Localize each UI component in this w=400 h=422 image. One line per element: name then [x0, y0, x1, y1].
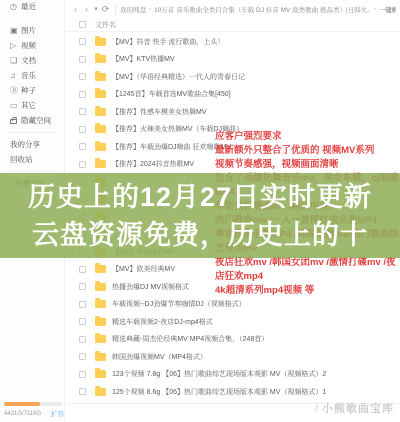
file-name: 【MV】欧美经典MV [112, 264, 175, 274]
file-row[interactable]: 韩国劲爆视频MV（MP4格式） [66, 348, 400, 366]
sidebar-divider [8, 132, 56, 133]
folder-icon [95, 38, 106, 46]
file-name: 【1245首】车载首选MV歌曲合集[450] [112, 89, 231, 99]
breadcrumb: 我的网盘 › 10万首 音乐歌曲全类目合集（车载 DJ 抖音 MV 烧类歌曲 极… [120, 5, 396, 14]
file-name: 【推荐】车载劲爆DJ嗨曲 狂欢嗨歌MV [112, 142, 231, 152]
clock-icon: ◷ [10, 3, 21, 11]
folder-icon [95, 73, 106, 81]
breadcrumb-current[interactable]: 一键解MV视频合集 [379, 5, 396, 14]
music-icon: ♫ [10, 72, 21, 80]
promo-line: 应客户强烈要求 [215, 130, 400, 144]
promo-line: 夜店狂欢mv /韩国女团mv /激情打碟mv /夜店狂欢mp4 [215, 256, 400, 284]
forward-button[interactable]: › [81, 5, 92, 14]
sidebar-item-music[interactable]: ♫ 音乐 [0, 68, 64, 83]
sidebar-item-label: 音乐 [21, 70, 36, 81]
sidebar-item-label: 隐藏空间 [21, 115, 51, 126]
cloud-drive-window: ◷ 最近 ▣ 图片 ▷ 视频 ❏ 文档 ♫ 音乐 Ⓑ 种子 ▭ 其它 隐藏空间 [0, 0, 400, 422]
banner-title-line2: 云盘资源免费，历史上的十 [0, 216, 400, 254]
sidebar-item-label: 图片 [21, 25, 36, 36]
row-checkbox[interactable] [79, 73, 86, 80]
storage-usage-text: 4431G/7116G [4, 411, 41, 417]
watermark-logo-icon: ♪ [314, 402, 320, 414]
row-checkbox[interactable] [79, 318, 86, 325]
folder-icon [95, 370, 106, 378]
folder-icon [95, 108, 106, 116]
file-row[interactable]: 【1245首】车载首选MV歌曲合集[450] [66, 86, 400, 104]
navigation-bar: ‹ › ▾ ⟳ 我的网盘 › 10万首 音乐歌曲全类目合集（车载 DJ 抖音 M… [66, 0, 400, 18]
file-name: 车载视频--DJ劲爆节奏嗨情DJ（视频格式） [112, 299, 246, 309]
folder-icon [95, 55, 106, 63]
file-name: 热播劲爆DJ MV视频格式 [112, 282, 189, 292]
lock-icon [10, 119, 17, 124]
row-checkbox[interactable] [79, 301, 86, 308]
sidebar-item-label: 最近 [21, 1, 36, 12]
file-row[interactable]: 精选车载视频2-夜店DJ-mp4格式 [66, 313, 400, 331]
row-checkbox[interactable] [79, 108, 86, 115]
breadcrumb-separator: › [374, 6, 376, 13]
folder-icon [95, 125, 106, 133]
storage-meter: 4431G/7116G 扩容 [4, 402, 64, 418]
file-row[interactable]: 【MV】抖音 快手 流行歌曲，上头！ [66, 33, 400, 51]
picture-icon: ▣ [10, 27, 21, 35]
history-dropdown-icon[interactable]: ▾ [92, 6, 100, 13]
play-icon: ▷ [10, 42, 21, 50]
sidebar-item-torrents[interactable]: Ⓑ 种子 [0, 83, 64, 98]
sidebar-item-videos[interactable]: ▷ 视频 [0, 38, 64, 53]
breadcrumb-separator: › [149, 6, 151, 13]
document-icon: ❏ [10, 57, 21, 65]
others-icon: ▭ [10, 102, 21, 110]
banner-overlay: 历史上的12月27日实时更新 云盘资源免费，历史上的十 [0, 173, 400, 258]
row-checkbox[interactable] [79, 336, 86, 343]
folder-icon [95, 318, 106, 326]
sidebar-item-label: 其它 [21, 100, 36, 111]
file-name: 125个视频 8.6g 【06】热门歌曲综艺现场版本观影 MV（视频格式）1 [112, 387, 326, 397]
sidebar-item-label: 视频 [21, 40, 36, 51]
folder-icon [95, 388, 106, 396]
file-name: 【MV】（华语经典精选）一代人的青春日记 [112, 72, 245, 82]
sidebar-item-others[interactable]: ▭ 其它 [0, 98, 64, 113]
file-row[interactable]: 精选典藏-周杰伦经典MV MP4视频合集，（248首） [66, 331, 400, 349]
sidebar-item-recycle-bin[interactable]: 回收站 [0, 152, 64, 167]
row-checkbox[interactable] [79, 143, 86, 150]
file-name: 韩国劲爆视频MV（MP4格式） [112, 352, 207, 362]
expand-storage-link[interactable]: 扩容 [51, 409, 64, 418]
sidebar-divider [8, 171, 56, 172]
refresh-button[interactable]: ⟳ [100, 5, 111, 14]
sidebar-item-my-shares[interactable]: 我的分享 [0, 137, 64, 152]
row-checkbox[interactable] [79, 266, 86, 273]
folder-icon [95, 90, 106, 98]
folder-icon [95, 300, 106, 308]
row-checkbox[interactable] [79, 126, 86, 133]
sidebar-item-recent[interactable]: ◷ 最近 [0, 0, 64, 13]
toolbar-divider [115, 4, 116, 14]
file-row[interactable]: 125个视频 8.6g 【06】热门歌曲综艺现场版本观影 MV（视频格式）1 [66, 383, 400, 401]
file-row[interactable]: 【MV】KTV热播MV [66, 51, 400, 69]
folder-icon [95, 283, 106, 291]
file-name: 123个视频 7.8g 【06】热门歌曲综艺现场版本观影 MV（视频格式）2 [112, 369, 326, 379]
select-all-checkbox[interactable] [79, 21, 86, 28]
sidebar-item-label: 文档 [21, 55, 36, 66]
breadcrumb-folder[interactable]: 10万首 音乐歌曲全类目合集（车载 DJ 抖音 MV 烧类歌曲 极品类）|日韩火… [154, 5, 371, 14]
promo-line: 4k超清系列mp4视频 等 [215, 284, 400, 298]
sidebar-item-pictures[interactable]: ▣ 图片 [0, 23, 64, 38]
file-name: 【推荐】性感车模美女热舞MV [112, 107, 207, 117]
file-name: 精选典藏-周杰伦经典MV MP4视频合集，（248首） [112, 334, 268, 344]
file-name: 【MV】KTV热播MV [112, 54, 175, 64]
row-checkbox[interactable] [79, 353, 86, 360]
file-name: 【MV】抖音 快手 流行歌曲，上头！ [112, 37, 224, 47]
row-checkbox[interactable] [79, 371, 86, 378]
row-checkbox[interactable] [79, 91, 86, 98]
promo-line: 视频节奏感强，视频画面清晰 [215, 158, 400, 172]
folder-icon [95, 353, 106, 361]
row-checkbox[interactable] [79, 388, 86, 395]
filename-column-header: 文件名 [95, 20, 116, 30]
list-header: 文件名 [66, 18, 400, 32]
row-checkbox[interactable] [79, 38, 86, 45]
folder-icon [95, 265, 106, 273]
file-row[interactable]: 【MV】（华语经典精选）一代人的青春日记 [66, 68, 400, 86]
row-checkbox[interactable] [79, 161, 86, 168]
storage-bar-fill [4, 402, 40, 406]
file-name: 精选车载视频2-夜店DJ-mp4格式 [112, 317, 213, 327]
folder-icon [95, 335, 106, 343]
file-row[interactable]: 车载视频--DJ劲爆节奏嗨情DJ（视频格式） [66, 296, 400, 314]
back-button[interactable]: ‹ [70, 5, 81, 14]
file-name: 【推荐】2024抖音热歌MV [112, 159, 194, 169]
folder-icon [95, 160, 106, 168]
file-row[interactable]: 123个视频 7.8g 【06】热门歌曲综艺现场版本观影 MV（视频格式）2 [66, 366, 400, 384]
breadcrumb-root[interactable]: 我的网盘 [120, 5, 146, 14]
watermark-text: 小熊歌曲宝库 [322, 400, 394, 416]
bt-seed-icon: Ⓑ [10, 87, 21, 95]
row-checkbox[interactable] [79, 56, 86, 63]
sidebar-item-hidden-space[interactable]: 隐藏空间 [0, 113, 64, 128]
sidebar-item-documents[interactable]: ❏ 文档 [0, 53, 64, 68]
row-checkbox[interactable] [79, 283, 86, 290]
folder-icon [95, 143, 106, 151]
sidebar-item-label: 种子 [21, 85, 36, 96]
storage-bar-track [4, 402, 62, 406]
promo-line: 最新额外只整合了优质的 视频MV系列 [215, 144, 400, 158]
banner-title-line1: 历史上的12月27日实时更新 [0, 178, 400, 216]
watermark: ♪ 小熊歌曲宝库 [314, 400, 395, 416]
file-row[interactable]: 【推荐】性感车模美女热舞MV [66, 103, 400, 121]
